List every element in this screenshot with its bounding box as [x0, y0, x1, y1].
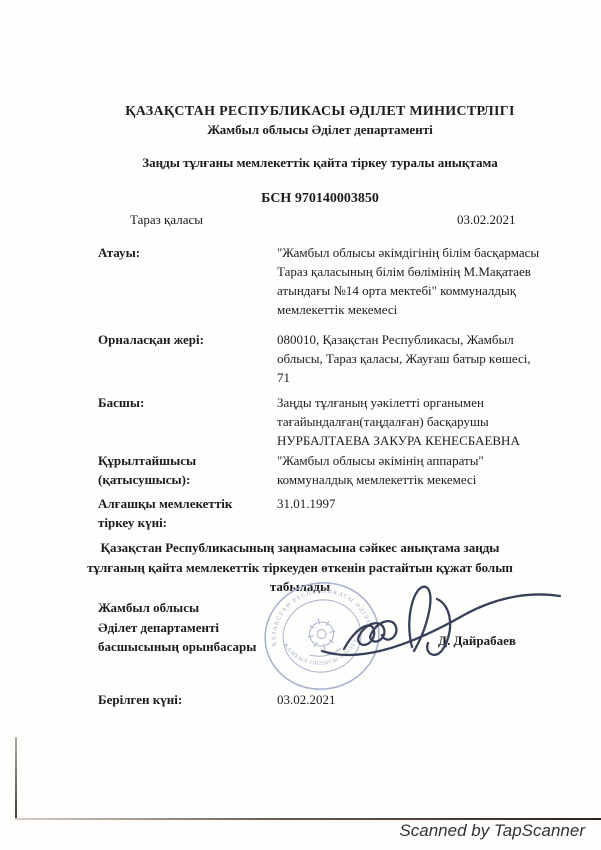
- issued-date-label: Берілген күні:: [98, 692, 182, 708]
- header-date: 03.02.2021: [457, 212, 516, 228]
- field-value: 080010, Қазақстан Республикасы, Жамбыл о…: [277, 330, 540, 387]
- page-edge-horizontal: [15, 818, 601, 820]
- field-label: Құрылтайшысы (қатысушысы):: [98, 451, 277, 489]
- signatory-title: Жамбыл облысы Әділет департаменті басшыс…: [98, 598, 256, 657]
- bsn-number: БСН 970140003850: [40, 191, 600, 207]
- field-value: Заңды тұлғаның уәкілетті органымен тағай…: [277, 393, 540, 450]
- field-label: Басшы:: [98, 393, 277, 450]
- field-label: Алғашқы мемлекеттік тіркеу күні:: [98, 494, 277, 532]
- department-title: Жамбыл облысы Әділет департаменті: [40, 122, 600, 138]
- field-row-location: Орналасқан жері: 080010, Қазақстан Респу…: [98, 330, 540, 387]
- field-row-founder: Құрылтайшысы (қатысушысы): "Жамбыл облыс…: [98, 451, 540, 489]
- scanner-watermark: Scanned by TapScanner: [0, 821, 585, 841]
- field-row-head: Басшы: Заңды тұлғаның уәкілетті органыме…: [98, 393, 540, 450]
- field-value: "Жамбыл облысы әкімінің аппараты" коммун…: [277, 451, 540, 489]
- field-value: "Жамбыл облысы әкімдігінің білім басқарм…: [277, 243, 540, 319]
- field-value: 31.01.1997: [277, 494, 540, 532]
- issued-date-value: 03.02.2021: [277, 692, 336, 708]
- field-row-first-registration: Алғашқы мемлекеттік тіркеу күні: 31.01.1…: [98, 494, 540, 532]
- certificate-title: Заңды тұлғаны мемлекеттік қайта тіркеу т…: [40, 155, 600, 171]
- issue-city: Тараз қаласы: [130, 212, 203, 228]
- signature: [316, 575, 566, 660]
- ministry-title: ҚАЗАҚСТАН РЕСПУБЛИКАСЫ ӘДІЛЕТ МИНИСТРЛІГ…: [40, 104, 600, 120]
- field-row-name: Атауы: "Жамбыл облысы әкімдігінің білім …: [98, 243, 540, 319]
- scanned-certificate-page: ҚАЗАҚСТАН РЕСПУБЛИКАСЫ ӘДІЛЕТ МИНИСТРЛІГ…: [0, 0, 601, 850]
- page-edge-vertical: [15, 737, 17, 819]
- field-label: Орналасқан жері:: [98, 330, 277, 387]
- field-label: Атауы:: [98, 243, 277, 319]
